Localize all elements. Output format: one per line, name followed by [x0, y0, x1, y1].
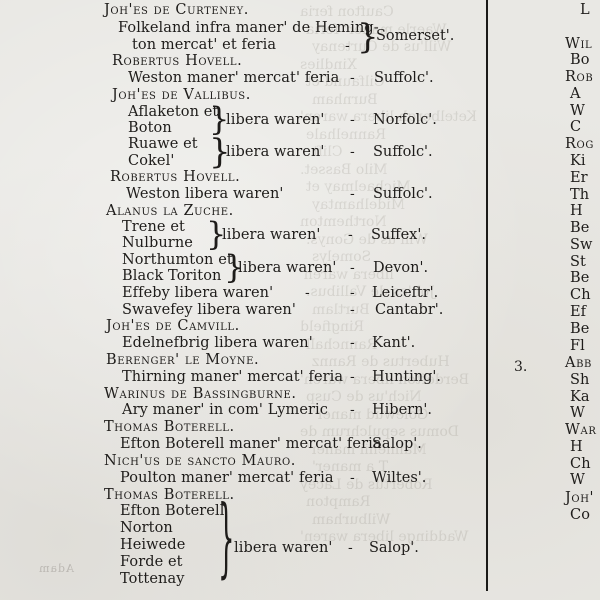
separator-dash: - [350, 402, 355, 419]
grantee-name: Robertus Hovell. [110, 169, 240, 186]
separator-dash: - [345, 38, 350, 55]
separator-dash: - [348, 227, 353, 244]
county: Suffolc'. [374, 70, 434, 87]
separator-dash: - [350, 335, 355, 352]
county: Suffex'. [371, 227, 426, 244]
right-column-line: W [570, 405, 585, 422]
grant-place: Folkeland infra maner' de Heming- [118, 20, 379, 37]
county: Wiltes'. [372, 470, 426, 487]
grantee-name: Joh'es de Vallibus. [112, 87, 251, 104]
grant-place: Swavefey libera waren' [122, 302, 296, 319]
right-column-line: Fl [570, 338, 585, 355]
right-column-line: Abb [565, 355, 592, 372]
separator-dash: - [350, 112, 355, 129]
right-column-line: Ch [570, 287, 591, 304]
county: Hibern'. [372, 402, 432, 419]
right-column-line: L [580, 2, 590, 19]
bleed-footer-mark: Adam [38, 562, 74, 575]
right-column-line: Th [570, 187, 589, 204]
grant-place: Edelnefbrig libera waren' [122, 335, 313, 352]
grant-place: Aflaketon et [128, 104, 218, 121]
county: Norfolc'. [373, 112, 437, 129]
separator-dash: - [350, 302, 355, 319]
county: Devon'. [373, 260, 428, 277]
grant-place: Cokel' [128, 153, 174, 170]
grant-place: Norton [120, 520, 173, 537]
separator-dash: - [350, 144, 355, 161]
right-column-line: War [565, 422, 596, 439]
county: Hunting'. [372, 369, 441, 386]
right-column-line: Sw [570, 237, 593, 254]
right-column-line: Ch [570, 456, 591, 473]
county: Cantabr'. [375, 302, 443, 319]
grant-place: Effeby libera waren' [122, 285, 273, 302]
separator-dash: - [350, 470, 355, 487]
right-column-line: Joh' [565, 490, 594, 507]
right-column-line: Rog [565, 136, 594, 153]
county: Leiceftr'. [372, 285, 438, 302]
county: Somerset'. [376, 28, 454, 45]
right-column-line: H [570, 439, 583, 456]
grant-place: Efton Boterell maner' mercat' feria [120, 436, 382, 453]
grant-type: libera waren' [226, 112, 325, 129]
right-column-line: Ki [570, 153, 586, 170]
grantee-name: Warinus de Bassingburne. [104, 386, 297, 403]
grant-type: libera waren' [226, 144, 325, 161]
document-page: Caufton feriaWaerle maner' feriaWill'us … [0, 0, 600, 600]
county: Suffolc'. [373, 144, 433, 161]
grantee-name: Thomas Boterell. [104, 419, 235, 436]
right-column-line: Be [570, 220, 589, 237]
county: Salop'. [369, 540, 419, 557]
grantee-name: Thomas Boterell. [104, 487, 235, 504]
grant-place: Nulburne [122, 235, 193, 252]
separator-dash: - [350, 186, 355, 203]
grantee-name: Robertus Hovell. [112, 53, 242, 70]
right-column: 3. LWilBoRobAWCRogKiErThHBeSwStBeChEfBeF… [488, 0, 600, 600]
right-column-line: H [570, 203, 583, 220]
grant-place: Weston maner' mercat' feria [128, 70, 339, 87]
grant-place: Ruawe et [128, 136, 198, 153]
separator-dash: - [348, 540, 353, 557]
grantee-name: Joh'es de Curteney. [104, 2, 249, 19]
grant-place: Black Toriton [122, 268, 222, 285]
right-column-line: W [570, 472, 585, 489]
grant-place: ton mercat' et feria [132, 37, 276, 54]
county: Kant'. [372, 335, 415, 352]
separator-dash: - [350, 369, 355, 386]
right-column-line: Rob [565, 69, 593, 86]
grant-place: Weston libera waren' [126, 186, 283, 203]
grant-type: libera waren' [222, 227, 321, 244]
grant-place: Forde et [120, 554, 183, 571]
right-column-line: W [570, 103, 585, 120]
grant-place: Tottenay [120, 571, 185, 588]
county: Suffolc'. [373, 186, 433, 203]
right-column-line: Be [570, 321, 589, 338]
grantee-name: Nich'us de sancto Mauro. [104, 453, 296, 470]
right-column-line: Bo [570, 52, 590, 69]
county: Salop'. [372, 436, 422, 453]
right-column-line: Er [570, 170, 588, 187]
grant-place: Trene et [122, 219, 185, 236]
grant-place: Heiwede [120, 537, 185, 554]
right-column-line: Sh [570, 372, 589, 389]
grant-place: Efton Boterell [120, 503, 224, 520]
grant-place: Poulton maner' mercat' feria [120, 470, 334, 487]
grant-type: libera waren' [238, 260, 337, 277]
right-column-line: St [570, 254, 586, 271]
separator-dash: - [350, 70, 355, 87]
separator-dash: - [350, 260, 355, 277]
right-column-line: Ka [570, 389, 590, 406]
grant-place: Ary maner' in com' Lymeric [122, 402, 328, 419]
right-column-line: Be [570, 270, 589, 287]
grant-place: Northumton et [122, 252, 233, 269]
grant-place: Thirning maner' mercat' feria [122, 369, 343, 386]
right-column-line: C [570, 119, 581, 136]
grantee-name: Joh'es de Camvill. [106, 318, 240, 335]
separator-dash: - [350, 285, 355, 302]
left-column: Joh'es de Curteney. Folkeland infra mane… [0, 0, 487, 600]
right-column-line: Ef [570, 304, 586, 321]
grant-type: libera waren' [234, 540, 333, 557]
right-column-line: Co [570, 507, 590, 524]
section-number: 3. [514, 359, 527, 375]
brace-icon: } [218, 497, 235, 583]
separator-dash: - [305, 285, 310, 302]
grantee-name: Berenger' le Moyne. [106, 352, 259, 369]
right-column-line: Wil [565, 36, 592, 53]
grant-place: Boton [128, 120, 172, 137]
right-column-line: A [570, 86, 581, 103]
